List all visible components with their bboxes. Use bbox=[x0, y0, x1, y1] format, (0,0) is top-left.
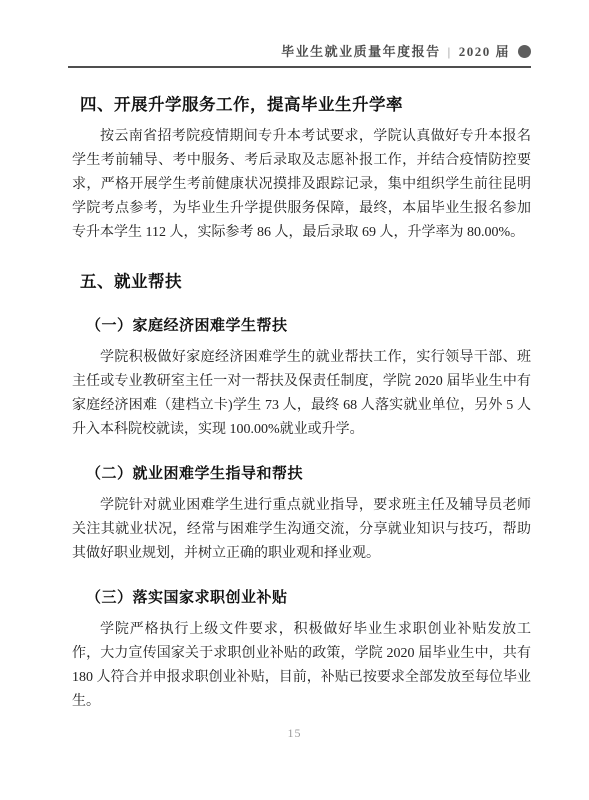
header-title: 毕业生就业质量年度报告 bbox=[281, 44, 441, 59]
section-heading-4: 四、开展升学服务工作，提高毕业生升学率 bbox=[80, 93, 531, 117]
document-body: 四、开展升学服务工作，提高毕业生升学率 按云南省招考院疫情期间专升本考试要求，学… bbox=[0, 93, 589, 714]
page-number: 15 bbox=[0, 726, 589, 741]
paragraph-subsidy: 学院严格执行上级文件要求，积极做好毕业生求职创业补贴发放工作，大力宣传国家关于求… bbox=[72, 618, 531, 714]
section-heading-5: 五、就业帮扶 bbox=[80, 270, 531, 294]
subsection-heading-1: （一）家庭经济困难学生帮扶 bbox=[86, 314, 531, 338]
subsection-heading-2: （二）就业困难学生指导和帮扶 bbox=[86, 462, 531, 486]
header-rule bbox=[68, 66, 531, 68]
subsection-heading-3: （三）落实国家求职创业补贴 bbox=[86, 586, 531, 610]
header-divider: | bbox=[448, 44, 452, 59]
header-dot-icon bbox=[518, 45, 531, 58]
header-edition: 2020 届 bbox=[459, 44, 510, 59]
paragraph-upgrade-service: 按云南省招考院疫情期间专升本考试要求，学院认真做好专升本报名学生考前辅导、考中服… bbox=[72, 125, 531, 245]
paragraph-poverty-support: 学院积极做好家庭经济困难学生的就业帮扶工作，实行领导干部、班主任或专业教研室主任… bbox=[72, 346, 531, 442]
page-header: 毕业生就业质量年度报告|2020 届 bbox=[0, 0, 589, 68]
report-page: 毕业生就业质量年度报告|2020 届 四、开展升学服务工作，提高毕业生升学率 按… bbox=[0, 0, 589, 800]
header-text: 毕业生就业质量年度报告|2020 届 bbox=[68, 42, 531, 62]
paragraph-employment-difficulty: 学院针对就业困难学生进行重点就业指导，要求班主任及辅导员老师关注其就业状况，经常… bbox=[72, 494, 531, 566]
